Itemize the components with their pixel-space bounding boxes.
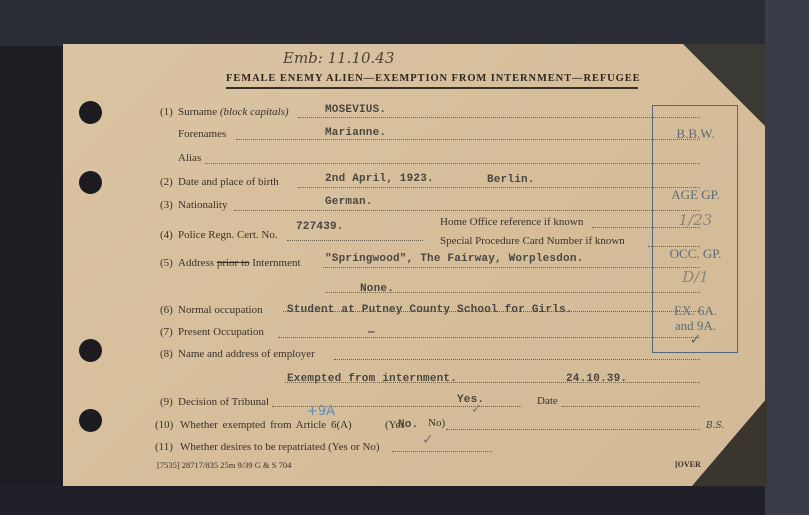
forenames-line: [236, 139, 700, 140]
tribunal-date-line: [562, 406, 700, 407]
forenames-label: Forenames: [178, 127, 226, 141]
footer-over: [OVER: [675, 460, 701, 469]
tribunal-check-mark: ✓: [471, 402, 482, 417]
employer-line: [334, 359, 700, 360]
article-6a-label: Whether exempted from Article 6(A): [180, 418, 352, 432]
police-cert-value: 727439.: [296, 220, 344, 234]
article-6a-no: No): [428, 416, 445, 430]
stamp-bbw: B.B.W.: [652, 126, 739, 141]
background-bottom: [0, 486, 765, 515]
punch-hole: [79, 339, 102, 362]
address-value: "Springwood", The Fairway, Worplesdon.: [325, 252, 583, 266]
birth-place-value: Berlin.: [487, 173, 535, 187]
punch-hole: [79, 101, 102, 124]
stamp-age-group-label: AGE GP.: [652, 187, 739, 202]
background-right: [765, 0, 809, 515]
address-line: [323, 267, 700, 268]
alias-label: Alias: [178, 151, 201, 165]
field-number: (10): [155, 418, 173, 432]
field-number: (5): [160, 256, 173, 270]
handwritten-initials: B.S.: [706, 421, 724, 431]
footer-print-code: [7535] 28717/835 25m 9/39 G & S 704: [157, 460, 291, 470]
background-top: [0, 0, 809, 46]
stamp-occupation-group-label: OCC. GP.: [652, 246, 739, 261]
birth-line: [298, 187, 700, 188]
normal-occupation-label: Normal occupation: [178, 303, 263, 317]
alias-line: [205, 163, 700, 164]
home-office-ref-label: Home Office reference if known: [440, 215, 583, 229]
field-number: (1): [160, 105, 173, 119]
address-value-line2: None.: [360, 282, 394, 296]
exemption-typed-line: Exempted from internment.: [287, 372, 457, 386]
article-9a-annotation: +9A: [307, 404, 335, 419]
field-number: (11): [155, 440, 173, 454]
birth-label: Date and place of birth: [178, 175, 279, 189]
nationality-line: [234, 210, 700, 211]
field-number: (7): [160, 325, 173, 339]
repatriated-line: [392, 451, 492, 452]
surname-value: MOSEVIUS.: [325, 103, 386, 117]
surname-line: [298, 117, 700, 118]
repatriated-label: Whether desires to be repatriated (Yes o…: [180, 440, 380, 454]
nationality-label: Nationality: [178, 198, 228, 212]
field-number: (2): [160, 175, 173, 189]
article-6a-line: [446, 429, 700, 430]
article-6a-value: No.: [398, 418, 418, 432]
police-cert-line: [287, 240, 423, 241]
repatriated-check-mark: ✓: [422, 432, 434, 448]
stamp-occupation-group-value: D/1: [652, 270, 739, 285]
stamp-age-group-value: 1/23: [652, 213, 739, 228]
present-occupation-value: —: [368, 326, 375, 340]
card-title: FEMALE ENEMY ALIEN—EXEMPTION FROM INTERN…: [226, 72, 641, 86]
exemption-typed-date: 24.10.39.: [566, 372, 627, 386]
punch-hole: [79, 171, 102, 194]
tribunal-date-label: Date: [537, 394, 558, 408]
handwritten-header: Emb: 11.10.43: [283, 49, 394, 67]
police-cert-label: Police Regn. Cert. No.: [178, 228, 278, 242]
nationality-value: German.: [325, 195, 373, 209]
normal-occupation-value: Student at Putney County School for Girl…: [287, 303, 573, 317]
stamp-exemption-label-2: and 9A.: [652, 318, 739, 333]
field-number: (4): [160, 228, 173, 242]
special-procedure-label: Special Procedure Card Number if known: [440, 234, 625, 248]
tribunal-label: Decision of Tribunal: [178, 395, 269, 409]
field-number: (9): [160, 395, 173, 409]
stamp-exemption-label-1: EX. 6A.: [652, 303, 739, 318]
present-occupation-label: Present Occupation: [178, 325, 264, 339]
stamp-check-mark-icon: ✓: [652, 333, 739, 348]
present-occupation-line: [278, 337, 700, 338]
birth-date-value: 2nd April, 1923.: [325, 172, 434, 186]
address-label: Address prior to Internment: [178, 256, 301, 270]
punch-hole: [79, 409, 102, 432]
field-number: (3): [160, 198, 173, 212]
field-number: (6): [160, 303, 173, 317]
forenames-value: Marianne.: [325, 126, 386, 140]
employer-label: Name and address of employer: [178, 347, 315, 361]
surname-label: Surname (block capitals): [178, 105, 289, 119]
title-underline: [226, 87, 638, 89]
field-number: (8): [160, 347, 173, 361]
